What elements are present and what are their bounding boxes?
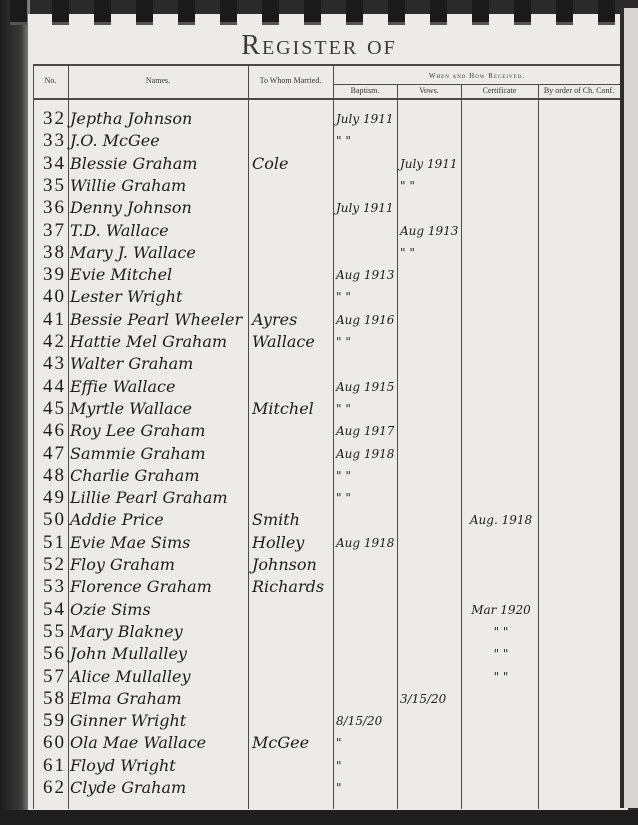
- binding-ring: [388, 0, 405, 25]
- table-row: 48Charlie Graham" ": [0, 465, 638, 487]
- married-name: [252, 688, 332, 710]
- member-name: Sammie Graham: [70, 443, 248, 465]
- conference-entry: [540, 309, 618, 331]
- vows-date: [400, 420, 460, 442]
- entry-number: 53: [34, 576, 66, 598]
- baptism-date: " ": [336, 331, 396, 353]
- certificate-date: [464, 175, 538, 197]
- vows-date: " ": [400, 242, 460, 264]
- married-name: [252, 353, 332, 375]
- conference-entry: [540, 420, 618, 442]
- married-name: [252, 286, 332, 308]
- table-row: 55Mary Blakney" ": [0, 621, 638, 643]
- table-row: 43Walter Graham: [0, 353, 638, 375]
- table-row: 57Alice Mullalley" ": [0, 666, 638, 688]
- table-row: 59Ginner Wright8/15/20: [0, 710, 638, 732]
- married-name: Smith: [252, 509, 332, 531]
- binding-ring: [220, 0, 237, 25]
- entry-number: 41: [34, 309, 66, 331]
- member-name: Clyde Graham: [70, 777, 248, 799]
- certificate-date: [464, 710, 538, 732]
- member-name: Jeptha Johnson: [70, 108, 248, 130]
- baptism-date: [336, 220, 396, 242]
- binding-ring: [304, 0, 321, 25]
- married-name: Richards: [252, 576, 332, 598]
- married-name: Mitchel: [252, 398, 332, 420]
- married-name: [252, 443, 332, 465]
- table-row: 47Sammie GrahamAug 1918: [0, 443, 638, 465]
- married-name: Wallace: [252, 331, 332, 353]
- baptism-date: [336, 666, 396, 688]
- conference-entry: [540, 666, 618, 688]
- table-row: 46Roy Lee GrahamAug 1917: [0, 420, 638, 442]
- vows-date: [400, 353, 460, 375]
- married-name: [252, 487, 332, 509]
- entry-number: 36: [34, 197, 66, 219]
- vows-date: [400, 732, 460, 754]
- entry-number: 57: [34, 666, 66, 688]
- conference-entry: [540, 286, 618, 308]
- header-married: To Whom Married.: [248, 76, 333, 85]
- married-name: [252, 755, 332, 777]
- certificate-date: [464, 286, 538, 308]
- certificate-date: [464, 220, 538, 242]
- entry-number: 51: [34, 532, 66, 554]
- member-name: Willie Graham: [70, 175, 248, 197]
- member-name: Denny Johnson: [70, 197, 248, 219]
- baptism-date: ": [336, 755, 396, 777]
- married-name: McGee: [252, 732, 332, 754]
- entry-number: 42: [34, 331, 66, 353]
- vows-date: [400, 777, 460, 799]
- table-row: 36Denny JohnsonJuly 1911: [0, 197, 638, 219]
- binding-ring: [136, 0, 153, 25]
- conference-entry: [540, 130, 618, 152]
- baptism-date: [336, 175, 396, 197]
- member-name: Lester Wright: [70, 286, 248, 308]
- entry-number: 37: [34, 220, 66, 242]
- member-name: Effie Wallace: [70, 376, 248, 398]
- table-row: 49Lillie Pearl Graham" ": [0, 487, 638, 509]
- member-name: Floy Graham: [70, 554, 248, 576]
- table-row: 33J.O. McGee" ": [0, 130, 638, 152]
- married-name: Johnson: [252, 554, 332, 576]
- married-name: [252, 130, 332, 152]
- conference-entry: [540, 777, 618, 799]
- baptism-date: [336, 353, 396, 375]
- certificate-date: [464, 130, 538, 152]
- married-name: Cole: [252, 153, 332, 175]
- entry-number: 48: [34, 465, 66, 487]
- entry-number: 52: [34, 554, 66, 576]
- married-name: [252, 643, 332, 665]
- married-name: Holley: [252, 532, 332, 554]
- certificate-date: [464, 532, 538, 554]
- member-name: Ozie Sims: [70, 599, 248, 621]
- certificate-date: [464, 242, 538, 264]
- certificate-date: [464, 777, 538, 799]
- baptism-date: July 1911: [336, 108, 396, 130]
- binding-ring: [472, 0, 489, 25]
- entry-number: 38: [34, 242, 66, 264]
- table-row: 34Blessie GrahamColeJuly 1911: [0, 153, 638, 175]
- entry-number: 32: [34, 108, 66, 130]
- member-name: Blessie Graham: [70, 153, 248, 175]
- conference-entry: [540, 755, 618, 777]
- vows-date: [400, 487, 460, 509]
- table-row: 56John Mullalley" ": [0, 643, 638, 665]
- vows-date: [400, 465, 460, 487]
- baptism-date: " ": [336, 487, 396, 509]
- entry-number: 45: [34, 398, 66, 420]
- baptism-date: [336, 576, 396, 598]
- header-vows: Vows.: [397, 86, 461, 95]
- conference-entry: [540, 398, 618, 420]
- certificate-date: [464, 755, 538, 777]
- baptism-date: July 1911: [336, 197, 396, 219]
- entry-number: 47: [34, 443, 66, 465]
- baptism-date: [336, 554, 396, 576]
- member-name: Myrtle Wallace: [70, 398, 248, 420]
- binding-ring: [52, 0, 69, 25]
- certificate-date: " ": [464, 666, 538, 688]
- entry-number: 56: [34, 643, 66, 665]
- conference-entry: [540, 576, 618, 598]
- vows-date: [400, 309, 460, 331]
- conference-entry: [540, 220, 618, 242]
- member-name: Evie Mae Sims: [70, 532, 248, 554]
- page-title: Register of: [0, 30, 638, 62]
- vows-date: [400, 286, 460, 308]
- vows-date: [400, 509, 460, 531]
- entry-number: 43: [34, 353, 66, 375]
- certificate-date: [464, 264, 538, 286]
- baptism-date: Aug 1918: [336, 532, 396, 554]
- bottom-shadow: [0, 810, 638, 825]
- member-name: Ola Mae Wallace: [70, 732, 248, 754]
- certificate-date: [464, 353, 538, 375]
- certificate-date: [464, 554, 538, 576]
- binding-ring: [94, 0, 111, 25]
- member-name: Mary J. Wallace: [70, 242, 248, 264]
- conference-entry: [540, 643, 618, 665]
- conference-entry: [540, 509, 618, 531]
- table-row: 60Ola Mae WallaceMcGee": [0, 732, 638, 754]
- entry-number: 59: [34, 710, 66, 732]
- vows-date: [400, 130, 460, 152]
- vows-date: [400, 643, 460, 665]
- certificate-date: [464, 153, 538, 175]
- binding-ring: [346, 0, 363, 25]
- entry-number: 55: [34, 621, 66, 643]
- member-name: T.D. Wallace: [70, 220, 248, 242]
- vows-date: [400, 554, 460, 576]
- vows-date: [400, 331, 460, 353]
- married-name: [252, 197, 332, 219]
- binding-ring: [598, 0, 615, 25]
- table-row: 32Jeptha JohnsonJuly 1911: [0, 108, 638, 130]
- conference-entry: [540, 532, 618, 554]
- certificate-date: Mar 1920: [464, 599, 538, 621]
- conference-entry: [540, 710, 618, 732]
- married-name: Ayres: [252, 309, 332, 331]
- baptism-date: Aug 1917: [336, 420, 396, 442]
- baptism-date: [336, 643, 396, 665]
- binding-ring: [10, 0, 27, 25]
- conference-entry: [540, 153, 618, 175]
- baptism-date: " ": [336, 465, 396, 487]
- baptism-date: 8/15/20: [336, 710, 396, 732]
- entry-number: 35: [34, 175, 66, 197]
- baptism-date: [336, 599, 396, 621]
- baptism-date: [336, 621, 396, 643]
- certificate-date: [464, 197, 538, 219]
- married-name: [252, 264, 332, 286]
- table-row: 45Myrtle WallaceMitchel" ": [0, 398, 638, 420]
- certificate-date: " ": [464, 643, 538, 665]
- table-row: 54Ozie SimsMar 1920: [0, 599, 638, 621]
- vows-date: [400, 443, 460, 465]
- certificate-date: [464, 420, 538, 442]
- member-name: Ginner Wright: [70, 710, 248, 732]
- certificate-date: [464, 108, 538, 130]
- member-name: Floyd Wright: [70, 755, 248, 777]
- table-row: 44Effie WallaceAug 1915: [0, 376, 638, 398]
- entry-number: 33: [34, 130, 66, 152]
- member-name: Hattie Mel Graham: [70, 331, 248, 353]
- binding-ring: [178, 0, 195, 25]
- married-name: [252, 621, 332, 643]
- header-received: When and How Received.: [334, 72, 620, 80]
- baptism-date: [336, 153, 396, 175]
- vows-date: [400, 755, 460, 777]
- baptism-date: " ": [336, 130, 396, 152]
- header-names: Names.: [68, 76, 248, 85]
- vows-date: [400, 666, 460, 688]
- conference-entry: [540, 175, 618, 197]
- married-name: [252, 220, 332, 242]
- married-name: [252, 242, 332, 264]
- married-name: [252, 420, 332, 442]
- header-certificate: Certificate: [461, 86, 538, 95]
- conference-entry: [540, 331, 618, 353]
- certificate-date: [464, 688, 538, 710]
- table-row: 62Clyde Graham": [0, 777, 638, 799]
- table-row: 40Lester Wright" ": [0, 286, 638, 308]
- baptism-date: Aug 1913: [336, 264, 396, 286]
- certificate-date: [464, 376, 538, 398]
- conference-entry: [540, 376, 618, 398]
- vows-date: 3/15/20: [400, 688, 460, 710]
- table-row: 52Floy GrahamJohnson: [0, 554, 638, 576]
- entry-number: 62: [34, 777, 66, 799]
- member-name: Alice Mullalley: [70, 666, 248, 688]
- vows-date: [400, 599, 460, 621]
- table-row: 53Florence GrahamRichards: [0, 576, 638, 598]
- vows-date: [400, 710, 460, 732]
- table-row: 51Evie Mae SimsHolleyAug 1918: [0, 532, 638, 554]
- table-row: 35Willie Graham" ": [0, 175, 638, 197]
- certificate-date: [464, 576, 538, 598]
- member-name: Addie Price: [70, 509, 248, 531]
- baptism-date: Aug 1918: [336, 443, 396, 465]
- header-no: No.: [33, 76, 68, 85]
- conference-entry: [540, 688, 618, 710]
- entry-number: 60: [34, 732, 66, 754]
- table-row: 42Hattie Mel GrahamWallace" ": [0, 331, 638, 353]
- certificate-date: [464, 487, 538, 509]
- table-row: 39Evie MitchelAug 1913: [0, 264, 638, 286]
- vows-date: [400, 621, 460, 643]
- married-name: [252, 599, 332, 621]
- vows-date: July 1911: [400, 153, 460, 175]
- vows-date: [400, 576, 460, 598]
- baptism-date: " ": [336, 286, 396, 308]
- member-name: Florence Graham: [70, 576, 248, 598]
- entry-number: 39: [34, 264, 66, 286]
- entry-number: 49: [34, 487, 66, 509]
- vows-date: [400, 264, 460, 286]
- table-row: 38Mary J. Wallace" ": [0, 242, 638, 264]
- member-name: Elma Graham: [70, 688, 248, 710]
- baptism-date: [336, 242, 396, 264]
- conference-entry: [540, 264, 618, 286]
- header-conference: By order of Ch. Conf.: [538, 86, 620, 95]
- member-name: Evie Mitchel: [70, 264, 248, 286]
- baptism-date: " ": [336, 398, 396, 420]
- conference-entry: [540, 443, 618, 465]
- married-name: [252, 777, 332, 799]
- baptism-date: Aug 1915: [336, 376, 396, 398]
- table-row: 50Addie PriceSmithAug. 1918: [0, 509, 638, 531]
- certificate-date: Aug. 1918: [464, 509, 538, 531]
- vows-date: " ": [400, 175, 460, 197]
- table-row: 41Bessie Pearl WheelerAyresAug 1916: [0, 309, 638, 331]
- certificate-date: [464, 398, 538, 420]
- table-top-border: [33, 64, 620, 66]
- table-row: 61Floyd Wright": [0, 755, 638, 777]
- conference-entry: [540, 554, 618, 576]
- conference-entry: [540, 108, 618, 130]
- binding-ring: [556, 0, 573, 25]
- conference-entry: [540, 732, 618, 754]
- certificate-date: " ": [464, 621, 538, 643]
- married-name: [252, 376, 332, 398]
- baptism-date: [336, 688, 396, 710]
- baptism-date: Aug 1916: [336, 309, 396, 331]
- entry-number: 54: [34, 599, 66, 621]
- married-name: [252, 666, 332, 688]
- member-name: Mary Blakney: [70, 621, 248, 643]
- member-name: John Mullalley: [70, 643, 248, 665]
- certificate-date: [464, 331, 538, 353]
- entry-number: 46: [34, 420, 66, 442]
- vows-date: [400, 532, 460, 554]
- spiral-binding: [0, 0, 638, 26]
- received-subheader-line: [334, 84, 620, 85]
- certificate-date: [464, 465, 538, 487]
- married-name: [252, 710, 332, 732]
- conference-entry: [540, 197, 618, 219]
- married-name: [252, 465, 332, 487]
- table-row: 37T.D. WallaceAug 1913: [0, 220, 638, 242]
- married-name: [252, 108, 332, 130]
- vows-date: Aug 1913: [400, 220, 460, 242]
- entry-number: 34: [34, 153, 66, 175]
- married-name: [252, 175, 332, 197]
- vows-date: [400, 376, 460, 398]
- member-name: J.O. McGee: [70, 130, 248, 152]
- conference-entry: [540, 465, 618, 487]
- conference-entry: [540, 353, 618, 375]
- member-name: Charlie Graham: [70, 465, 248, 487]
- member-name: Bessie Pearl Wheeler: [70, 309, 248, 331]
- baptism-date: ": [336, 777, 396, 799]
- certificate-date: [464, 309, 538, 331]
- certificate-date: [464, 443, 538, 465]
- entry-number: 50: [34, 509, 66, 531]
- entry-number: 44: [34, 376, 66, 398]
- certificate-date: [464, 732, 538, 754]
- vows-date: [400, 197, 460, 219]
- conference-entry: [540, 242, 618, 264]
- header-baptism: Baptism.: [333, 86, 397, 95]
- vows-date: [400, 108, 460, 130]
- vows-date: [400, 398, 460, 420]
- baptism-date: [336, 509, 396, 531]
- conference-entry: [540, 487, 618, 509]
- member-name: Lillie Pearl Graham: [70, 487, 248, 509]
- member-name: Walter Graham: [70, 353, 248, 375]
- binding-ring: [262, 0, 279, 25]
- conference-entry: [540, 621, 618, 643]
- member-name: Roy Lee Graham: [70, 420, 248, 442]
- table-row: 58Elma Graham3/15/20: [0, 688, 638, 710]
- binding-ring: [514, 0, 531, 25]
- binding-ring: [430, 0, 447, 25]
- header-bottom-border: [33, 98, 620, 100]
- conference-entry: [540, 599, 618, 621]
- entry-number: 58: [34, 688, 66, 710]
- baptism-date: ": [336, 732, 396, 754]
- entry-number: 61: [34, 755, 66, 777]
- entry-number: 40: [34, 286, 66, 308]
